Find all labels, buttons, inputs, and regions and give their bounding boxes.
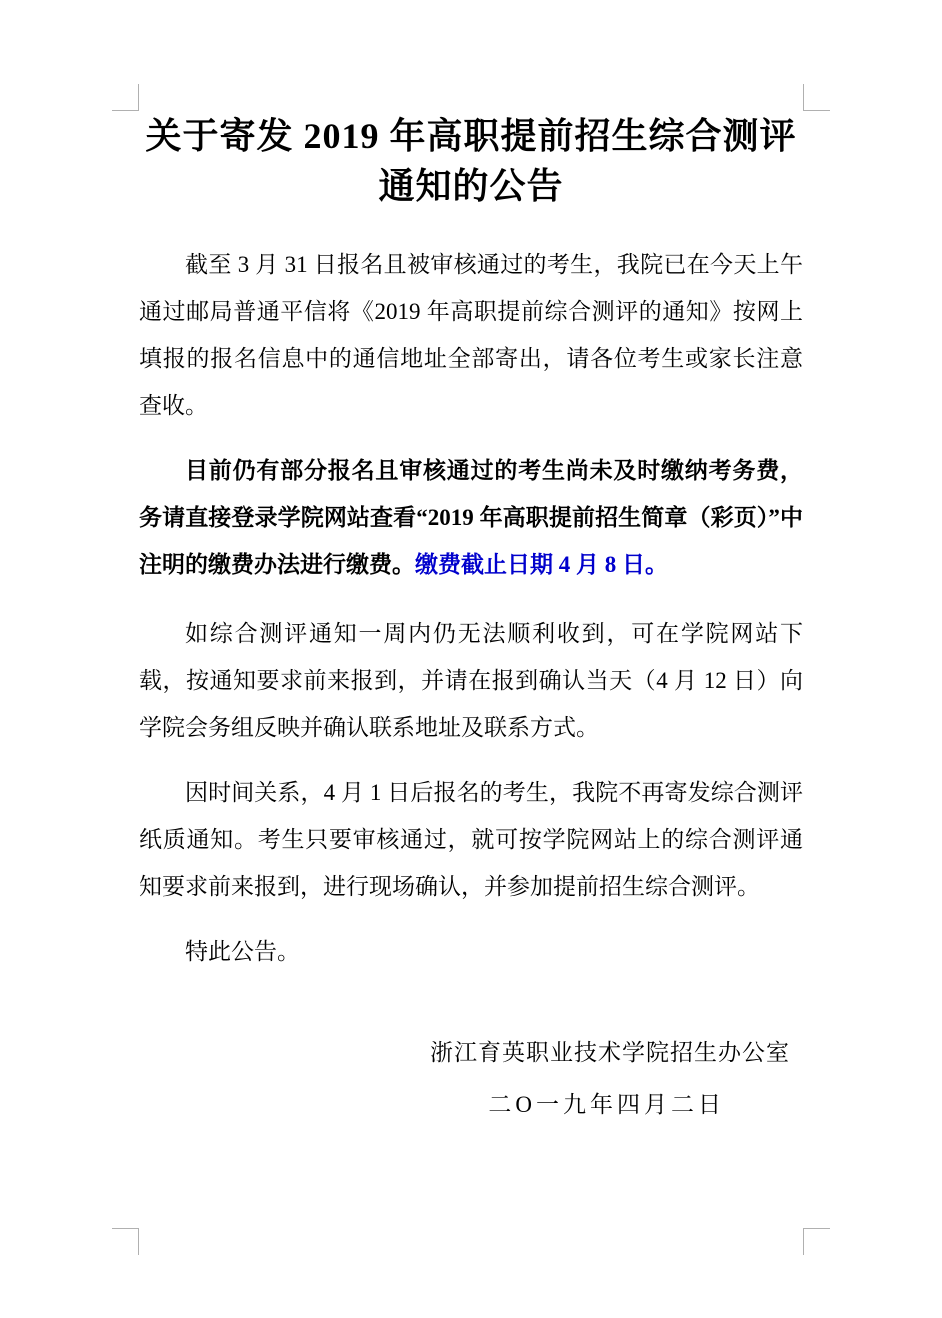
text-boundary-mark-bottom-right xyxy=(803,1228,830,1255)
page-title: 关于寄发 2019 年高职提前招生综合测评 通知的公告 xyxy=(139,111,803,211)
paragraph-late-registration: 因时间关系，4 月 1 日后报名的考生，我院不再寄发综合测评纸质通知。考生只要审… xyxy=(139,769,803,910)
text-boundary-mark-top-left xyxy=(112,84,139,111)
text-boundary-mark-top-right xyxy=(803,84,830,111)
paragraph-payment-reminder: 目前仍有部分报名且审核通过的考生尚未及时缴纳考务费，务请直接登录学院网站查看“2… xyxy=(139,447,803,588)
signature-block: 浙江育英职业技术学院招生办公室 二O一九年四月二日 xyxy=(139,1027,803,1131)
page-title-line-2: 通知的公告 xyxy=(378,166,563,206)
document-page: 关于寄发 2019 年高职提前招生综合测评 通知的公告 截至 3 月 31 日报… xyxy=(0,0,942,1318)
paragraph-mailing-notice: 截至 3 月 31 日报名且被审核通过的考生，我院已在今天上午通过邮局普通平信将… xyxy=(139,241,803,429)
document-text-area: 关于寄发 2019 年高职提前招生综合测评 通知的公告 截至 3 月 31 日报… xyxy=(139,111,803,1131)
paragraph-undelivered-notice: 如综合测评通知一周内仍无法顺利收到，可在学院网站下载，按通知要求前来报到，并请在… xyxy=(139,610,803,751)
page-title-line-1: 关于寄发 2019 年高职提前招生综合测评 xyxy=(145,116,796,156)
signature-office: 浙江育英职业技术学院招生办公室 xyxy=(139,1027,803,1079)
signature-date: 二O一九年四月二日 xyxy=(139,1079,803,1131)
text-boundary-mark-bottom-left xyxy=(112,1228,139,1255)
paragraph-closing: 特此公告。 xyxy=(139,928,803,975)
payment-deadline-highlight: 缴费截止日期 4 月 8 日。 xyxy=(415,552,668,577)
